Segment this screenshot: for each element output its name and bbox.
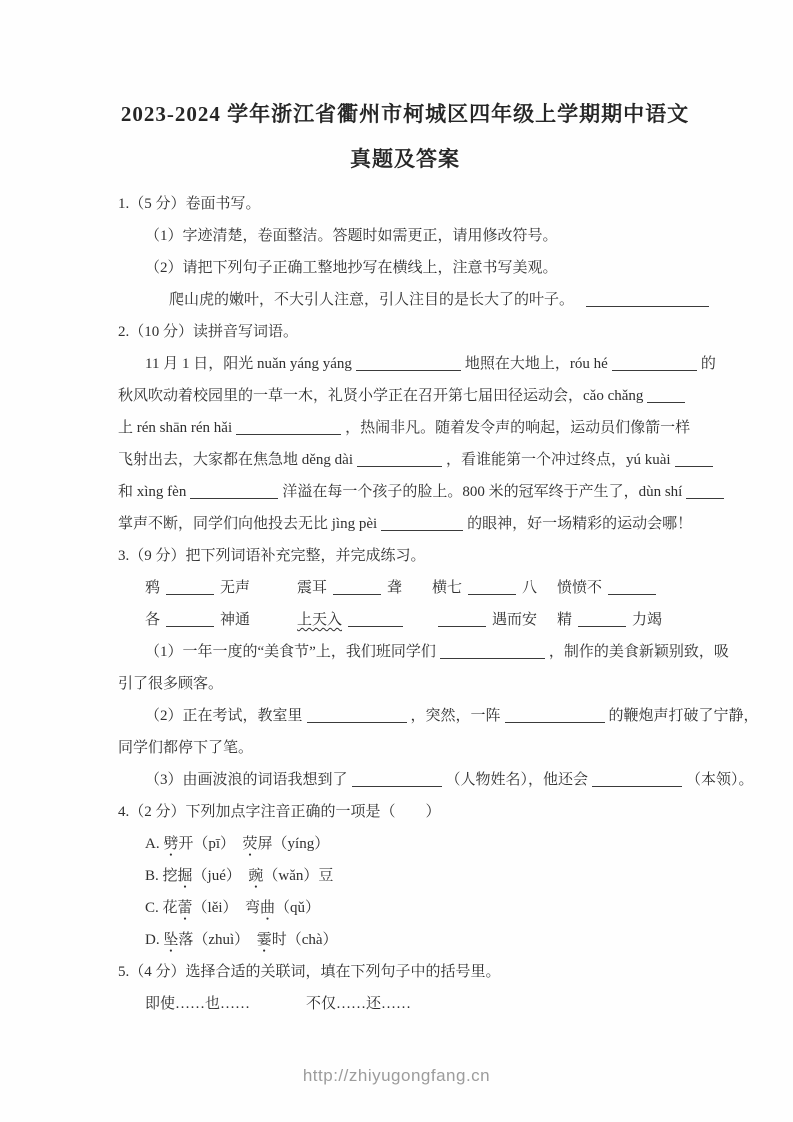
idiom-cell: 各神通 bbox=[145, 604, 297, 636]
footer-url: http://zhiyugongfang.cn bbox=[0, 1066, 793, 1086]
q4-option-c[interactable]: C. 花蕾（lěi） 弯曲（qǔ） bbox=[118, 892, 692, 924]
idiom-text: 无声 bbox=[220, 580, 250, 596]
idiom-text: 横七 bbox=[432, 580, 462, 596]
q2-text: 上 rén shān rén hǎi bbox=[118, 420, 232, 436]
dotted-character: 劈 bbox=[163, 836, 178, 853]
connective-pair: 即使……也…… bbox=[145, 996, 250, 1012]
fill-blank[interactable] bbox=[438, 626, 486, 627]
idiom-cell: 遇而安 bbox=[432, 604, 557, 636]
fill-blank[interactable] bbox=[608, 594, 656, 595]
idiom-text: 神通 bbox=[220, 612, 250, 628]
option-text: （qǔ） bbox=[275, 900, 320, 916]
idiom-text: 鸦 bbox=[145, 580, 160, 596]
q4-option-a[interactable]: A. 劈开（pī） 荧屏（yíng） bbox=[118, 828, 692, 860]
connective-pair: 不仅……还…… bbox=[306, 996, 411, 1012]
idiom-cell: 横七八 bbox=[432, 572, 557, 604]
fill-blank[interactable] bbox=[468, 594, 516, 595]
fill-blank[interactable] bbox=[236, 434, 341, 435]
q3-text: （3）由画波浪的词语我想到了 bbox=[145, 772, 348, 788]
fill-blank[interactable] bbox=[675, 466, 713, 467]
q3-text: （2）正在考试，教室里 bbox=[145, 708, 303, 724]
idiom-text: 愤愤不 bbox=[557, 580, 602, 596]
q5-stem: 5.（4 分）选择合适的关联词，填在下列句子中的括号里。 bbox=[118, 956, 692, 988]
fill-blank[interactable] bbox=[578, 626, 626, 627]
fill-blank[interactable] bbox=[352, 786, 442, 787]
q2-paragraph-line6: 掌声不断，同学们向他投去无比 jìng pèi的眼神，好一场精彩的运动会哪！ bbox=[118, 508, 692, 540]
q3-sub3-line: （3）由画波浪的词语我想到了（人物姓名），他还会（本领）。 bbox=[118, 764, 692, 796]
q3-sub1-line1: （1）一年一度的“美食节”上，我们班同学们，制作的美食新颖别致，吸 bbox=[118, 636, 692, 668]
option-text: D. bbox=[145, 932, 163, 948]
option-text: B. 挖 bbox=[145, 868, 178, 884]
q3-text: ，突然，一阵 bbox=[411, 708, 501, 724]
q2-text: 地照在大地上，róu hé bbox=[465, 356, 608, 372]
q3-text: 的鞭炮声打破了宁静， bbox=[609, 708, 759, 724]
fill-blank[interactable] bbox=[190, 498, 278, 499]
q2-paragraph-line3: 上 rén shān rén hǎi，热闹非凡。随着发令声的响起，运动员们像箭一… bbox=[118, 412, 692, 444]
q1-copy-sentence: 爬山虎的嫩叶，不大引人注意，引人注目的是长大了的叶子。 bbox=[169, 292, 574, 308]
page-title-line2: 真题及答案 bbox=[118, 137, 692, 182]
fill-blank[interactable] bbox=[647, 402, 685, 403]
q3-text: （本领）。 bbox=[686, 772, 754, 788]
q2-text: 洋溢在每一个孩子的脸上。800 米的冠军终于产生了，dùn shí bbox=[282, 484, 682, 500]
idiom-cell: 鸦无声 bbox=[145, 572, 297, 604]
idiom-cell: 愤愤不 bbox=[557, 572, 692, 604]
exam-document-page: 2023-2024 学年浙江省衢州市柯城区四年级上学期期中语文 真题及答案 1.… bbox=[0, 0, 793, 1122]
q2-paragraph-line2: 秋风吹动着校园里的一草一木，礼贤小学正在召开第七届田径运动会，cǎo chǎng bbox=[118, 380, 692, 412]
q2-text: 飞射出去，大家都在焦急地 děng dài bbox=[118, 452, 353, 468]
idiom-text: 力竭 bbox=[632, 612, 662, 628]
dotted-character: 荧 bbox=[243, 836, 258, 853]
fill-blank[interactable] bbox=[307, 722, 407, 723]
q3-text: ，制作的美食新颖别致，吸 bbox=[549, 644, 729, 660]
idiom-text: 遇而安 bbox=[492, 612, 537, 628]
dotted-character: 坠 bbox=[163, 932, 178, 949]
option-text: A. bbox=[145, 836, 163, 852]
q1-stem: 1.（5 分）卷面书写。 bbox=[118, 188, 692, 220]
option-text: 开（pī） bbox=[178, 836, 242, 852]
fill-blank[interactable] bbox=[357, 466, 442, 467]
q1-copy-line: 爬山虎的嫩叶，不大引人注意，引人注目的是长大了的叶子。 bbox=[118, 284, 692, 316]
q2-text: 的 bbox=[701, 356, 716, 372]
q2-text: ，看谁能第一个冲过终点，yú kuài bbox=[446, 452, 671, 468]
fill-blank[interactable] bbox=[440, 658, 545, 659]
q2-paragraph-line5: 和 xìng fèn洋溢在每一个孩子的脸上。800 米的冠军终于产生了，dùn … bbox=[118, 476, 692, 508]
q4-option-d[interactable]: D. 坠落（zhuì） 霎时（chà） bbox=[118, 924, 692, 956]
q3-sub1-line2: 引了很多顾客。 bbox=[118, 668, 692, 700]
q2-text: 秋风吹动着校园里的一草一木，礼贤小学正在召开第七届田径运动会，cǎo chǎng bbox=[118, 388, 643, 404]
dotted-character: 霎 bbox=[257, 932, 272, 949]
q3-stem: 3.（9 分）把下列词语补充完整，并完成练习。 bbox=[118, 540, 692, 572]
option-text: （wǎn）豆 bbox=[263, 868, 333, 884]
q1-sub1: （1）字迹清楚，卷面整洁。答题时如需更正，请用修改符号。 bbox=[118, 220, 692, 252]
page-title-line1: 2023-2024 学年浙江省衢州市柯城区四年级上学期期中语文 bbox=[118, 92, 692, 137]
q3-sub2-line1: （2）正在考试，教室里，突然，一阵的鞭炮声打破了宁静， bbox=[118, 700, 692, 732]
q1-sub2: （2）请把下列句子正确工整地抄写在横线上，注意书写美观。 bbox=[118, 252, 692, 284]
option-text: （lěi） 弯 bbox=[193, 900, 261, 916]
q2-text: 掌声不断，同学们向他投去无比 jìng pèi bbox=[118, 516, 377, 532]
idiom-text: 精 bbox=[557, 612, 572, 628]
q3-text: （人物姓名），他还会 bbox=[446, 772, 589, 788]
fill-blank[interactable] bbox=[166, 626, 214, 627]
q2-text: 和 xìng fèn bbox=[118, 484, 186, 500]
idiom-text: 震耳 bbox=[297, 580, 327, 596]
fill-blank[interactable] bbox=[612, 370, 697, 371]
option-text: 屏（yíng） bbox=[258, 836, 330, 852]
option-text: 落（zhuì） bbox=[178, 932, 256, 948]
fill-blank[interactable] bbox=[381, 530, 463, 531]
q2-paragraph-line1: 11 月 1 日，阳光 nuǎn yáng yáng地照在大地上，róu hé的 bbox=[118, 348, 692, 380]
q5-connectives: 即使……也……不仅……还…… bbox=[118, 988, 692, 1020]
fill-blank[interactable] bbox=[505, 722, 605, 723]
q2-stem: 2.（10 分）读拼音写词语。 bbox=[118, 316, 692, 348]
q3-sub2-line2: 同学们都停下了笔。 bbox=[118, 732, 692, 764]
idiom-cell: 上天入 bbox=[297, 604, 432, 636]
idiom-text: 八 bbox=[522, 580, 537, 596]
dotted-character: 曲 bbox=[260, 900, 275, 917]
q2-text: ，热闹非凡。随着发令声的响起，运动员们像箭一样 bbox=[345, 420, 690, 436]
q3-word-row2: 各神通 上天入 遇而安 精力竭 bbox=[118, 604, 692, 636]
option-text: 时（chà） bbox=[272, 932, 338, 948]
idiom-cell: 精力竭 bbox=[557, 604, 692, 636]
dotted-character: 掘 bbox=[178, 868, 193, 885]
fill-blank[interactable] bbox=[348, 626, 403, 627]
dotted-character: 蕾 bbox=[178, 900, 193, 917]
q2-paragraph-line4: 飞射出去，大家都在焦急地 děng dài，看谁能第一个冲过终点，yú kuài bbox=[118, 444, 692, 476]
fill-blank[interactable] bbox=[592, 786, 682, 787]
fill-blank[interactable] bbox=[356, 370, 461, 371]
q2-text: 的眼神，好一场精彩的运动会哪！ bbox=[467, 516, 692, 532]
idiom-text: 聋 bbox=[387, 580, 402, 596]
exam-body: 1.（5 分）卷面书写。 （1）字迹清楚，卷面整洁。答题时如需更正，请用修改符号… bbox=[118, 188, 692, 1020]
q2-text: 11 月 1 日，阳光 nuǎn yáng yáng bbox=[145, 356, 352, 372]
q3-text: （1）一年一度的“美食节”上，我们班同学们 bbox=[145, 644, 436, 660]
fill-blank[interactable] bbox=[586, 306, 709, 307]
option-text: （jué） bbox=[193, 868, 249, 884]
idiom-text-wavy-underlined: 上天入 bbox=[297, 612, 342, 628]
page-title: 2023-2024 学年浙江省衢州市柯城区四年级上学期期中语文 真题及答案 bbox=[118, 0, 692, 182]
option-text: C. 花 bbox=[145, 900, 178, 916]
idiom-text: 各 bbox=[145, 612, 160, 628]
fill-blank[interactable] bbox=[166, 594, 214, 595]
q4-stem: 4.（2 分）下列加点字注音正确的一项是（ ） bbox=[118, 796, 692, 828]
q4-option-b[interactable]: B. 挖掘（jué） 豌（wǎn）豆 bbox=[118, 860, 692, 892]
document-content: 2023-2024 学年浙江省衢州市柯城区四年级上学期期中语文 真题及答案 1.… bbox=[118, 0, 692, 1020]
fill-blank[interactable] bbox=[333, 594, 381, 595]
fill-blank[interactable] bbox=[686, 498, 724, 499]
q3-word-row1: 鸦无声 震耳聋 横七八 愤愤不 bbox=[118, 572, 692, 604]
dotted-character: 豌 bbox=[248, 868, 263, 885]
idiom-cell: 震耳聋 bbox=[297, 572, 432, 604]
